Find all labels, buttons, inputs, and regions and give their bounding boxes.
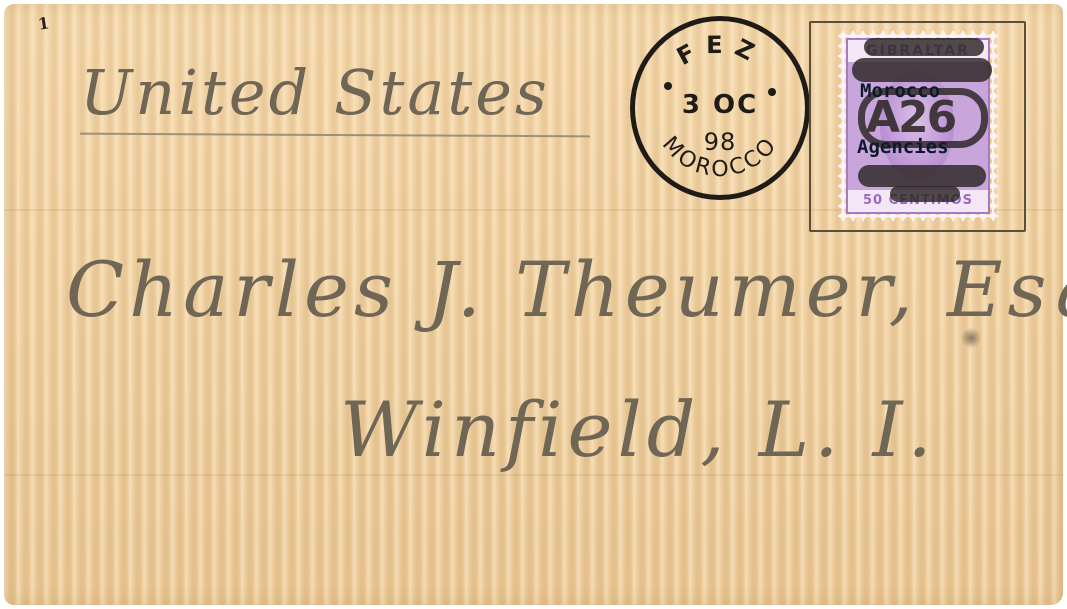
cancel-bar bbox=[852, 58, 992, 82]
postmark-date: 3 OC bbox=[630, 90, 810, 120]
postmark-year: 98 bbox=[630, 128, 810, 156]
cancel-bar bbox=[890, 186, 960, 202]
overprint-line-1: Morocco bbox=[860, 80, 940, 102]
overprint-line-2: Agencies bbox=[857, 136, 949, 158]
address-line: Winfield, L. I. bbox=[340, 385, 937, 474]
destination-country: United States bbox=[80, 56, 550, 129]
paper-fold bbox=[4, 474, 1063, 476]
addressee-name: Charles J. Theumer, Esq. bbox=[66, 245, 1067, 334]
svg-text:FEZ: FEZ bbox=[672, 31, 768, 71]
postmark-city: FEZ bbox=[672, 31, 768, 71]
cancel-bar bbox=[858, 165, 986, 187]
ink-smudge bbox=[960, 328, 982, 348]
cancel-bar bbox=[864, 38, 984, 56]
